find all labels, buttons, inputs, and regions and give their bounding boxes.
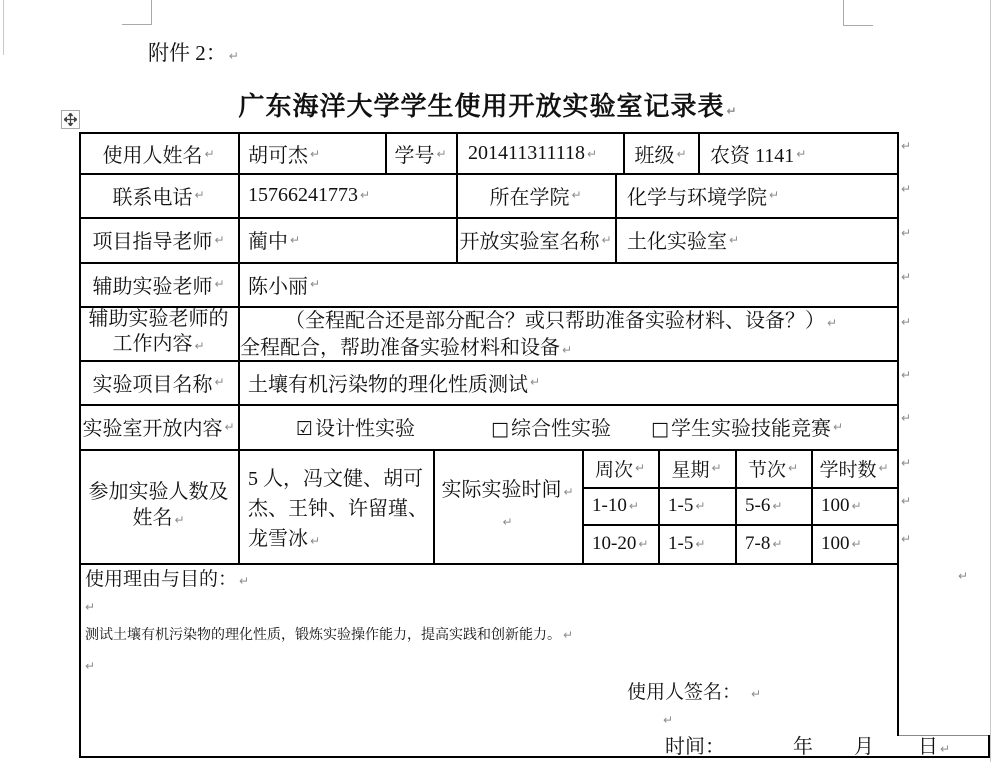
word-document-page: 附件 2：↵ 广东海洋大学学生使用开放实验室记录表↵	[0, 0, 993, 762]
page-right-edge	[990, 0, 991, 762]
field-user-name[interactable]: 胡可杰↵	[238, 134, 393, 173]
field-participants[interactable]: 5 人，冯文健、胡可 杰、王钟、许留瑾、 龙雪冰↵	[248, 464, 428, 556]
field-open-lab-name[interactable]: 土化实验室↵	[617, 219, 905, 260]
open-content-options: ☑设计性实验 □综合性实验 □学生实验技能竞赛 ↵	[238, 406, 895, 447]
paragraph-mark: ↵	[726, 104, 737, 118]
row-end-mark: ↵	[901, 494, 911, 508]
label-supervisor: 项目指导老师↵	[81, 219, 236, 260]
option-design-experiment[interactable]: ☑设计性实验	[296, 412, 415, 441]
field-assistant-teacher[interactable]: 陈小丽↵	[238, 264, 905, 304]
row-end-mark: ↵	[958, 569, 968, 583]
option-skill-competition[interactable]: □学生实验技能竞赛	[651, 412, 831, 441]
schedule-header-week: 周次↵	[584, 451, 656, 485]
row-end-mark: ↵	[901, 226, 911, 240]
text-boundary-corner-left	[151, 0, 152, 24]
checkbox-unchecked-icon[interactable]: □	[651, 418, 669, 440]
field-class[interactable]: 农资 1141↵	[700, 134, 905, 173]
row-end-mark: ↵	[901, 139, 911, 153]
row-end-mark: ↵	[901, 270, 911, 284]
field-assistant-work[interactable]: （全程配合还是部分配合？或只帮助准备实验材料、设备？）↵ 全程配合，帮助准备实验…	[240, 309, 895, 363]
schedule-cell[interactable]: 5-6↵	[745, 489, 809, 522]
attachment-label: 附件 2：↵	[148, 40, 239, 66]
text-boundary-corner-left	[122, 24, 152, 25]
schedule-cell[interactable]: 1-10↵	[592, 489, 656, 522]
table-border	[79, 563, 899, 565]
date-line[interactable]: 时间：年月日↵	[665, 735, 950, 760]
schedule-header-day: 星期↵	[660, 451, 733, 485]
label-student-id: 学号↵	[387, 134, 454, 173]
field-college[interactable]: 化学与环境学院↵	[617, 175, 905, 215]
row-end-mark: ↵	[901, 411, 911, 425]
label-participants: 参加实验人数及 姓名↵	[81, 451, 236, 561]
field-supervisor[interactable]: 蔺中↵	[238, 219, 464, 260]
schedule-cell[interactable]: 7-8↵	[745, 526, 809, 561]
reason-heading: 使用理由与目的：↵	[85, 568, 249, 592]
document-title: 广东海洋大学学生使用开放实验室记录表↵	[79, 86, 897, 123]
row-end-mark: ↵	[901, 532, 911, 546]
paragraph-mark: ↵	[85, 600, 95, 614]
checkbox-checked-icon[interactable]: ☑	[296, 418, 313, 440]
text-boundary-corner-right	[843, 25, 873, 26]
label-project-name: 实验项目名称↵	[81, 362, 236, 402]
paragraph-mark: ↵	[229, 49, 239, 63]
row-end-mark: ↵	[901, 315, 911, 329]
paragraph-mark: ↵	[663, 713, 673, 727]
field-project-name[interactable]: 土壤有机污染物的理化性质测试↵	[238, 362, 905, 402]
page-left-edge	[3, 0, 4, 55]
label-actual-time: 实际实验时间↵ ↵	[435, 451, 580, 561]
label-open-lab-name: 开放实验室名称↵	[456, 219, 615, 260]
schedule-cell[interactable]: 1-5↵	[668, 489, 733, 522]
row-end-mark: ↵	[901, 182, 911, 196]
schedule-cell[interactable]: 10-20↵	[592, 526, 656, 561]
schedule-header-hours: 学时数↵	[813, 451, 895, 485]
schedule-cell[interactable]: 100↵	[821, 489, 895, 522]
label-open-content: 实验室开放内容↵	[81, 406, 236, 447]
field-phone[interactable]: 15766241773↵	[238, 175, 464, 215]
table-border	[988, 735, 990, 758]
reason-text[interactable]: 测试土壤有机污染物的理化性质，锻炼实验操作能力，提高实践和创新能力。↵	[85, 627, 573, 645]
row-end-mark: ↵	[901, 456, 911, 470]
schedule-cell[interactable]: 100↵	[821, 526, 895, 561]
label-class: 班级↵	[625, 134, 696, 173]
label-assistant-work: 辅助实验老师的 工作内容↵	[81, 308, 236, 358]
signature-label: 使用人签名：↵	[627, 681, 761, 705]
paragraph-mark: ↵	[85, 659, 95, 673]
label-user-name: 使用人姓名↵	[81, 134, 236, 173]
label-college: 所在学院↵	[458, 175, 613, 215]
row-end-mark: ↵	[901, 368, 911, 382]
schedule-header-period: 节次↵	[737, 451, 809, 485]
label-phone: 联系电话↵	[81, 175, 236, 215]
checkbox-unchecked-icon[interactable]: □	[491, 418, 509, 440]
move-cross-icon	[64, 113, 77, 126]
schedule-cell[interactable]: 1-5↵	[668, 526, 733, 561]
label-assistant-teacher: 辅助实验老师↵	[81, 264, 236, 304]
text-boundary-corner-right	[843, 0, 844, 25]
table-move-handle[interactable]	[61, 110, 80, 129]
option-comprehensive-experiment[interactable]: □综合性实验	[491, 412, 611, 441]
field-student-id[interactable]: 201411311118↵	[458, 134, 631, 173]
